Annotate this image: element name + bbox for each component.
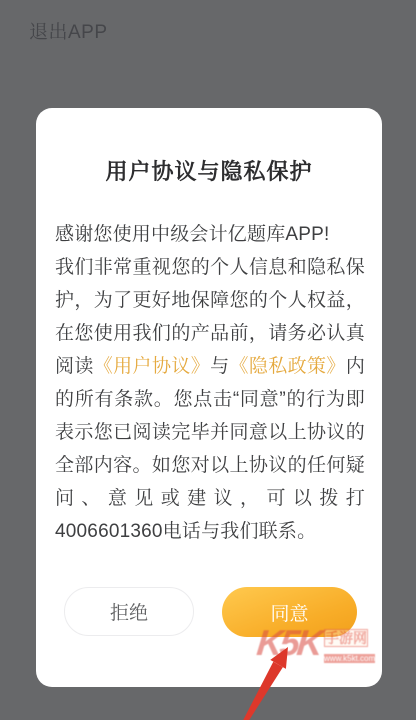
intro-line: 感谢您使用中级会计亿题库APP! [55, 218, 365, 251]
dialog-body: 感谢您使用中级会计亿题库APP! 我们非常重视您的个人信息和隐私保护，为了更好地… [36, 218, 382, 548]
exit-app-button[interactable]: 退出APP [29, 17, 108, 44]
dialog-title: 用户协议与隐私保护 [36, 108, 382, 186]
agree-button[interactable]: 同意 [222, 587, 357, 637]
reject-button[interactable]: 拒绝 [64, 587, 194, 636]
body-text-2: 与 [210, 356, 229, 377]
privacy-policy-link[interactable]: 《隐私政策》 [230, 356, 346, 377]
privacy-dialog: 用户协议与隐私保护 感谢您使用中级会计亿题库APP! 我们非常重视您的个人信息和… [36, 108, 382, 687]
dialog-actions: 拒绝 同意 [36, 587, 382, 637]
user-agreement-link[interactable]: 《用户协议》 [94, 356, 210, 377]
agreement-paragraph: 我们非常重视您的个人信息和隐私保护，为了更好地保障您的个人权益，在您使用我们的产… [55, 251, 365, 548]
body-text-3: 内的所有条款。您点击“同意”的行为即表示您已阅读完毕并同意以上协议的全部内容。如… [55, 356, 365, 542]
app-screen: 退出APP 用户协议与隐私保护 感谢您使用中级会计亿题库APP! 我们非常重视您… [0, 0, 416, 720]
